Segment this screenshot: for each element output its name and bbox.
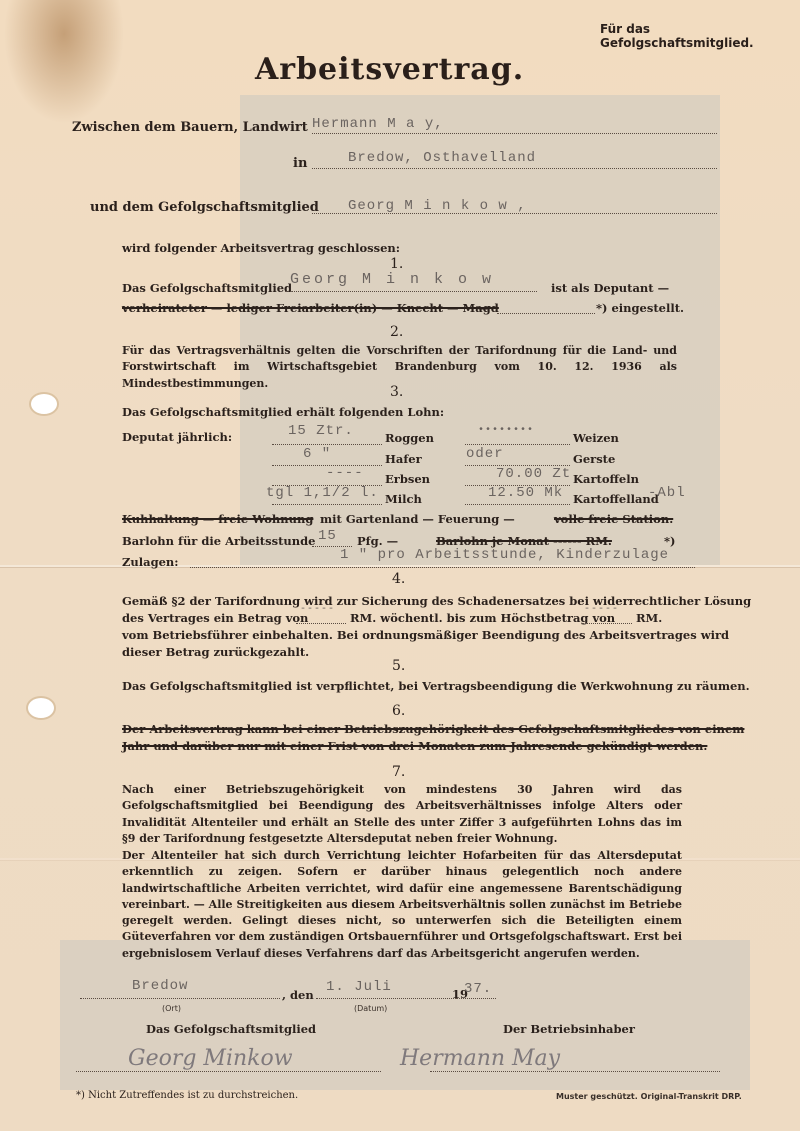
deputat-label: Deputat jährlich: <box>122 430 232 444</box>
milk-label: Milch <box>385 492 422 506</box>
dotted-line <box>285 291 537 292</box>
document-title: Arbeitsvertrag. <box>255 52 524 87</box>
oats-amount: 6 " <box>303 446 331 462</box>
s1-end: *) eingestellt. <box>596 301 684 315</box>
housing-struck: Kuhhaltung — freie Wohnung <box>122 512 313 526</box>
s4-line3: vom Betriebsführer einbehalten. Bei ordn… <box>122 628 729 642</box>
employee-signature-label: Das Gefolgschaftsmitglied <box>146 1022 316 1036</box>
section-number-4: 4. <box>392 571 405 587</box>
employer-label: Zwischen dem Bauern, Landwirt <box>72 120 308 135</box>
monthly-wage-struck: Barlohn je Monat ------ RM. <box>436 534 612 548</box>
employee-name: Georg M i n k o w , <box>348 198 527 214</box>
date-den-label: , den <box>282 988 314 1002</box>
dotted-line <box>312 213 717 214</box>
full-station-struck: volle freie Station. <box>554 512 673 526</box>
dotted-line <box>582 623 632 624</box>
weekly-amount: ----- <box>300 604 335 615</box>
employer-name: Hermann M a y, <box>312 116 444 132</box>
section-number-1: 1. <box>390 256 403 272</box>
dotted-line <box>316 998 456 999</box>
year-value: 37. <box>464 981 492 997</box>
dotted-line <box>465 444 570 445</box>
s5-text: Das Gefolgschaftsmitglied ist verpflicht… <box>122 679 750 693</box>
dotted-line <box>497 313 595 314</box>
employer-signature-label: Der Betriebsinhaber <box>503 1022 635 1036</box>
allowances-value: 1 " pro Arbeitsstunde, Kinderzulage <box>340 547 669 563</box>
section-number-3: 3. <box>390 384 403 400</box>
peas-label: Erbsen <box>385 472 430 486</box>
dotted-line <box>190 567 695 568</box>
section-number-5: 5. <box>392 658 405 674</box>
potatoes-amount: 70.00 Zt <box>496 466 571 482</box>
hourly-wage-unit: Pfg. — <box>357 534 398 548</box>
hourly-wage-label: Barlohn für die Arbeitsstunde <box>122 534 315 548</box>
location-label: in <box>293 156 307 171</box>
footnote: *) Nicht Zutreffendes ist zu durchstreic… <box>76 1090 298 1101</box>
rye-label: Roggen <box>385 431 434 445</box>
wheat-label: Weizen <box>573 431 619 445</box>
s1-dash: — <box>478 301 490 315</box>
punch-hole <box>31 394 57 414</box>
dotted-line <box>456 998 496 999</box>
wheat-amount: •••••••• <box>478 425 534 436</box>
date-value: 1. Juli <box>326 979 392 995</box>
dotted-line <box>465 504 570 505</box>
oats-label: Hafer <box>385 452 422 466</box>
allowances-label: Zulagen: <box>122 555 179 569</box>
s6-line2-struck: Jahr und darüber nur mit einer Frist von… <box>122 739 707 753</box>
s7-para2: Der Altenteiler hat sich durch Verrichtu… <box>122 848 682 962</box>
dotted-line <box>312 168 717 169</box>
rye-amount: 15 Ztr. <box>288 423 354 439</box>
section-number-2: 2. <box>390 324 403 340</box>
dotted-line <box>80 998 280 999</box>
location-value: Bredow, Osthavelland <box>348 150 536 166</box>
dotted-line <box>312 133 717 134</box>
potatoes-label: Kartoffeln <box>573 472 639 486</box>
imprint: Muster geschützt. Original-Transkrit DRP… <box>556 1092 742 1101</box>
s1-struck-options: verheirateter — lediger Freiarbeiter(in)… <box>122 301 499 315</box>
s4-line2b: RM. wöchentl. bis zum Höchstbetrag von <box>350 611 615 625</box>
hourly-wage-value: 15 <box>318 528 337 544</box>
contract-page: Für das Gefolgschaftsmitglied. Arbeitsve… <box>0 0 800 1131</box>
punch-hole <box>28 698 54 718</box>
copy-designation-line2: Gefolgschaftsmitglied. <box>600 36 754 50</box>
s4-line2c: RM. <box>636 611 662 625</box>
s4-line2a: des Vertrages ein Betrag von <box>122 611 308 625</box>
place-caption: (Ort) <box>162 1004 181 1013</box>
dotted-line <box>272 504 382 505</box>
employer-signature: Hermann May <box>400 1046 560 1071</box>
date-caption: (Datum) <box>354 1004 387 1013</box>
s7-para1: Nach einer Betriebszugehörigkeit von min… <box>122 782 682 847</box>
s6-line1-struck: Der Arbeitsvertrag kann bei einer Betrie… <box>122 722 744 736</box>
peas-amount: ---- <box>326 465 364 481</box>
place-value: Bredow <box>132 978 188 994</box>
employee-label: und dem Gefolgschaftsmitglied <box>90 200 319 215</box>
copy-designation-line1: Für das <box>600 22 754 36</box>
copy-designation: Für das Gefolgschaftsmitglied. <box>600 22 754 50</box>
signature-line <box>430 1071 720 1072</box>
hourly-wage-footnote: *) <box>664 534 675 548</box>
housing-text: mit Gartenland — Feuerung — <box>320 512 515 526</box>
potato-land-label: Kartoffelland <box>573 492 659 506</box>
s4-line4: dieser Betrag zurückgezahlt. <box>122 645 309 659</box>
signature-line <box>76 1071 381 1072</box>
s3-intro: Das Gefolgschaftsmitglied erhält folgend… <box>122 405 444 419</box>
s1-label: Das Gefolgschaftsmitglied <box>122 281 292 295</box>
section-number-6: 6. <box>392 703 405 719</box>
potato-land-amount: 12.50 Mk <box>488 485 563 501</box>
barley-amount: oder <box>466 446 504 462</box>
dotted-line <box>296 623 346 624</box>
milk-amount: tgl 1,1/2 l. <box>266 485 379 501</box>
max-amount: ----- <box>584 604 619 615</box>
dotted-line <box>272 444 382 445</box>
section-number-7: 7. <box>392 764 405 780</box>
s1-employee-name: Georg M i n k o w <box>290 271 494 288</box>
contract-intro: wird folgender Arbeitsvertrag geschlosse… <box>122 241 400 255</box>
s4-line1: Gemäß §2 der Tarifordnung wird zur Siche… <box>122 594 751 608</box>
employee-signature: Georg Minkow <box>128 1046 293 1071</box>
barley-label: Gerste <box>573 452 615 466</box>
s1-suffix: ist als Deputant — <box>551 281 669 295</box>
potato-land-extra: -Abl <box>648 485 686 501</box>
